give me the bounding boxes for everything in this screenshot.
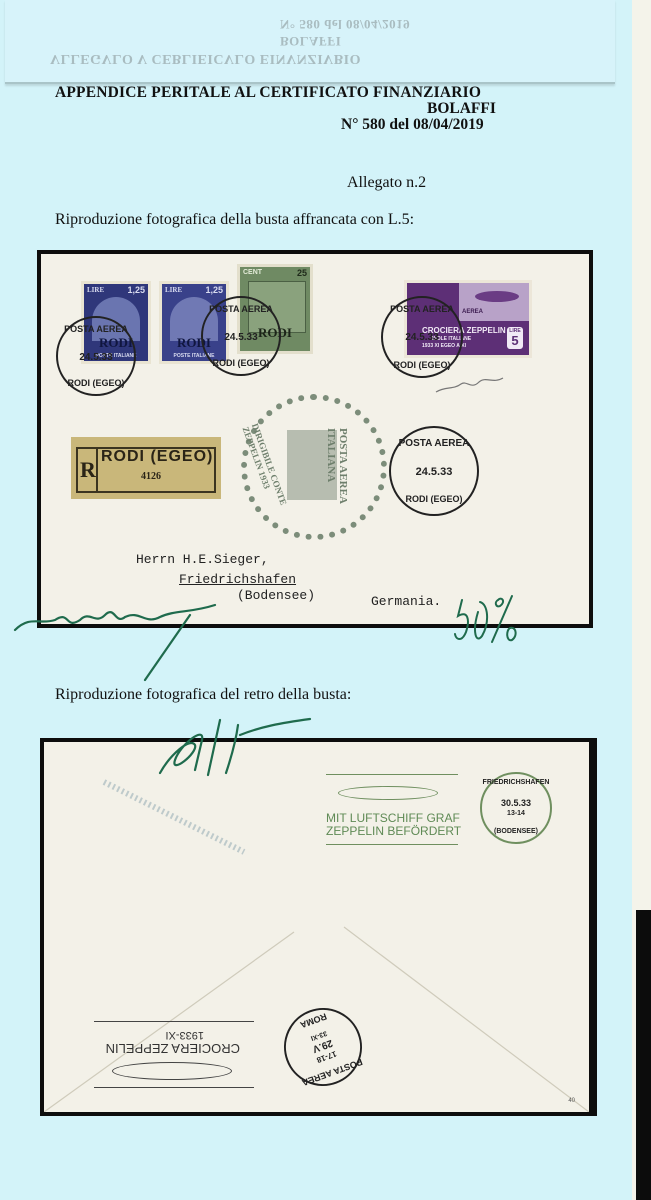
posta-aerea-rodi-postmark-3: POSTA AEREA 24.5.33 RODI (EGEO): [381, 296, 463, 378]
dirigibile-zeppelin-cachet: POSTA AEREA ITALIANA DIRIGIBILE CONTE ZE…: [241, 394, 387, 540]
certificate-page: N° 580 del 08/04/2019 BOLAFFI VLLEGVLO V…: [0, 0, 634, 1200]
header-certificate-number: N° 580 del 08/04/2019: [341, 116, 484, 134]
envelope-back-photo: MIT LUFTSCHIFF GRAF ZEPPELIN BEFÖRDERT F…: [40, 738, 597, 1116]
posta-aerea-rodi-postmark-1: POSTA AEREA 24.5.33 RODI (EGEO): [56, 316, 136, 396]
crociera-zeppelin-cachet: CROCIERA ZEPPELIN 1933-XI: [94, 1020, 254, 1088]
handwritten-percent: [450, 592, 530, 652]
graf-zeppelin-airship-icon: [338, 786, 438, 800]
zeppelin-airship-icon: [112, 1062, 232, 1080]
header-title: APPENDICE PERITALE AL CERTIFICATO FINANZ…: [55, 84, 481, 102]
back-caption: Riproduzione fotografica del retro della…: [55, 686, 351, 704]
envelope-front-photo: LIRE 1,25 RODI POSTE ITALIANE LIRE 1,25 …: [37, 250, 593, 628]
mit-luftschiff-cachet: MIT LUFTSCHIFF GRAF ZEPPELIN BEFÖRDERT: [326, 774, 458, 852]
attachment-label: Allegato n.2: [347, 174, 426, 192]
ghost-text-line2: BOLAFFI: [280, 33, 341, 49]
address-country: Germania.: [371, 594, 441, 609]
corner-mark: 40: [568, 1098, 575, 1104]
registration-label: R RODI (EGEO) 4126: [71, 437, 221, 499]
address-line-1: Herrn H.E.Sieger,: [136, 552, 269, 567]
overlapping-sheet: N° 580 del 08/04/2019 BOLAFFI VLLEGVLO V…: [5, 0, 615, 84]
scan-border: [636, 910, 651, 1200]
expert-signature-back: [150, 715, 330, 785]
ghost-text-line3: N° 580 del 08/04/2019: [280, 16, 410, 32]
front-caption: Riproduzione fotografica della busta aff…: [55, 211, 414, 229]
expert-signature-front: [10, 585, 240, 695]
address-line-3: (Bodensee): [237, 588, 315, 603]
friedrichshafen-postmark: FRIEDRICHSHAFEN 30.5.33 13-14 (BODENSEE): [480, 772, 552, 844]
posta-aerea-rodi-postmark-4: POSTA AEREA 24.5.33 RODI (EGEO): [389, 426, 479, 516]
ghost-text-line1: VLLEGVLO V CEBLIEICVLO EINVNZIVBIO: [50, 50, 361, 66]
pencil-annotation: [431, 372, 511, 402]
zeppelin-airship-icon: [475, 291, 519, 302]
posta-aerea-rodi-postmark-2: POSTA AEREA 24.5.33 RODI (EGEO): [201, 296, 281, 376]
